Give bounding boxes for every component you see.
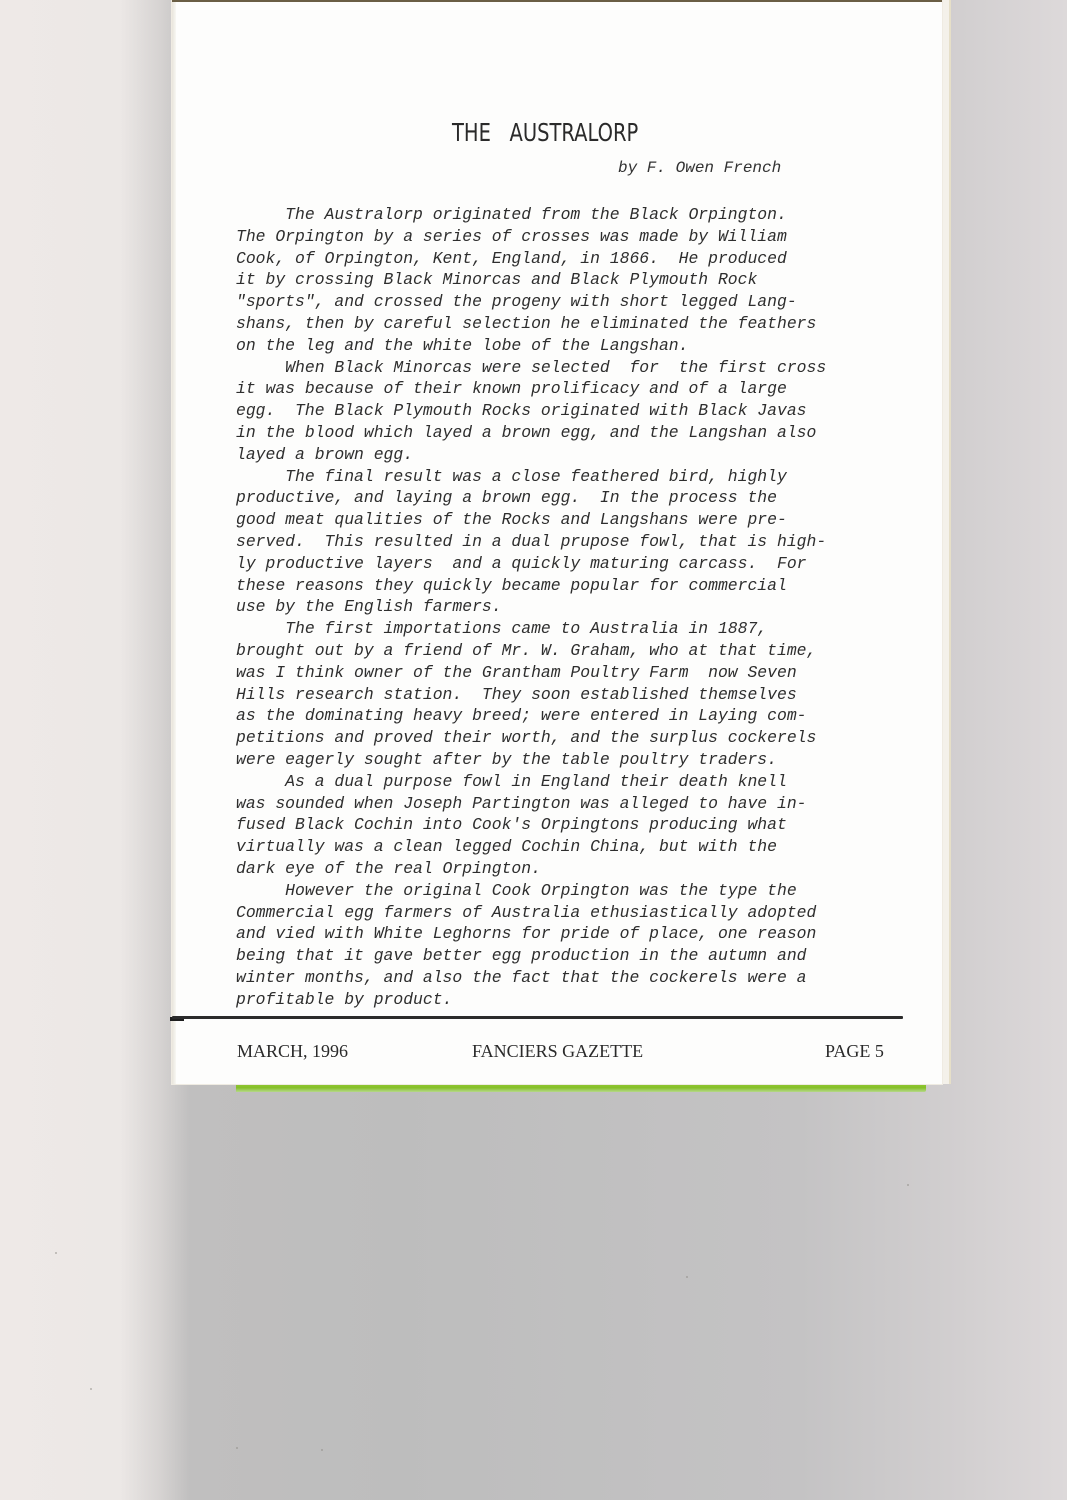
article-title: THE AUSTRALORP <box>452 118 638 147</box>
dust-speck <box>686 1276 688 1278</box>
article-line: egg. The Black Plymouth Rocks originated… <box>236 400 936 422</box>
article-line: these reasons they quickly became popula… <box>236 575 936 597</box>
footer-publication: FANCIERS GAZETTE <box>472 1041 643 1062</box>
article-line: on the leg and the white lobe of the Lan… <box>236 335 936 357</box>
article-line: productive, and laying a brown egg. In t… <box>236 487 936 509</box>
article-line: petitions and proved their worth, and th… <box>236 727 936 749</box>
article-body: The Australorp originated from the Black… <box>236 204 936 1010</box>
article-line: "sports", and crossed the progeny with s… <box>236 291 936 313</box>
article-line: The first importations came to Australia… <box>236 618 936 640</box>
article-line: fused Black Cochin into Cook's Orpington… <box>236 814 936 836</box>
article-line: being that it gave better egg production… <box>236 945 936 967</box>
article-line: The Australorp originated from the Black… <box>236 204 936 226</box>
dust-speck <box>236 1447 238 1449</box>
article-line: The final result was a close feathered b… <box>236 466 936 488</box>
page-binding-edge <box>172 2 176 1084</box>
article-line: dark eye of the real Orpington. <box>236 858 936 880</box>
article-line: ly productive layers and a quickly matur… <box>236 553 936 575</box>
article-line: Commercial egg farmers of Australia ethu… <box>236 902 936 924</box>
article-line: However the original Cook Orpington was … <box>236 880 936 902</box>
article-line: was I think owner of the Grantham Poultr… <box>236 662 936 684</box>
dust-speck <box>907 1184 909 1186</box>
article-line: shans, then by careful selection he elim… <box>236 313 936 335</box>
article-line: layed a brown egg. <box>236 444 936 466</box>
article-line: brought out by a friend of Mr. W. Graham… <box>236 640 936 662</box>
article-line: was sounded when Joseph Partington was a… <box>236 793 936 815</box>
article-line: winter months, and also the fact that th… <box>236 967 936 989</box>
footer-page-number: PAGE 5 <box>825 1041 884 1062</box>
footer-date: MARCH, 1996 <box>237 1041 348 1062</box>
footer-rule <box>172 1016 903 1019</box>
dust-speck <box>321 1449 323 1451</box>
article-line: Cook, of Orpington, Kent, England, in 18… <box>236 248 936 270</box>
article-line: The Orpington by a series of crosses was… <box>236 226 936 248</box>
article-line: it by crossing Black Minorcas and Black … <box>236 269 936 291</box>
article-line: profitable by product. <box>236 989 936 1011</box>
article-line: As a dual purpose fowl in England their … <box>236 771 936 793</box>
article-byline: by F. Owen French <box>618 159 781 177</box>
article-line: Hills research station. They soon establ… <box>236 684 936 706</box>
article-line: were eagerly sought after by the table p… <box>236 749 936 771</box>
article-line: in the blood which layed a brown egg, an… <box>236 422 936 444</box>
article-line: served. This resulted in a dual prupose … <box>236 531 936 553</box>
magazine-page: THE AUSTRALORP by F. Owen French The Aus… <box>172 0 942 1084</box>
article-line: use by the English farmers. <box>236 596 936 618</box>
dust-speck <box>55 1252 57 1254</box>
article-line: as the dominating heavy breed; were ente… <box>236 705 936 727</box>
article-line: good meat qualities of the Rocks and Lan… <box>236 509 936 531</box>
article-line: it was because of their known prolificac… <box>236 378 936 400</box>
article-line: and vied with White Leghorns for pride o… <box>236 923 936 945</box>
dust-speck <box>90 1388 92 1390</box>
article-line: When Black Minorcas were selected for th… <box>236 357 936 379</box>
article-line: virtually was a clean legged Cochin Chin… <box>236 836 936 858</box>
